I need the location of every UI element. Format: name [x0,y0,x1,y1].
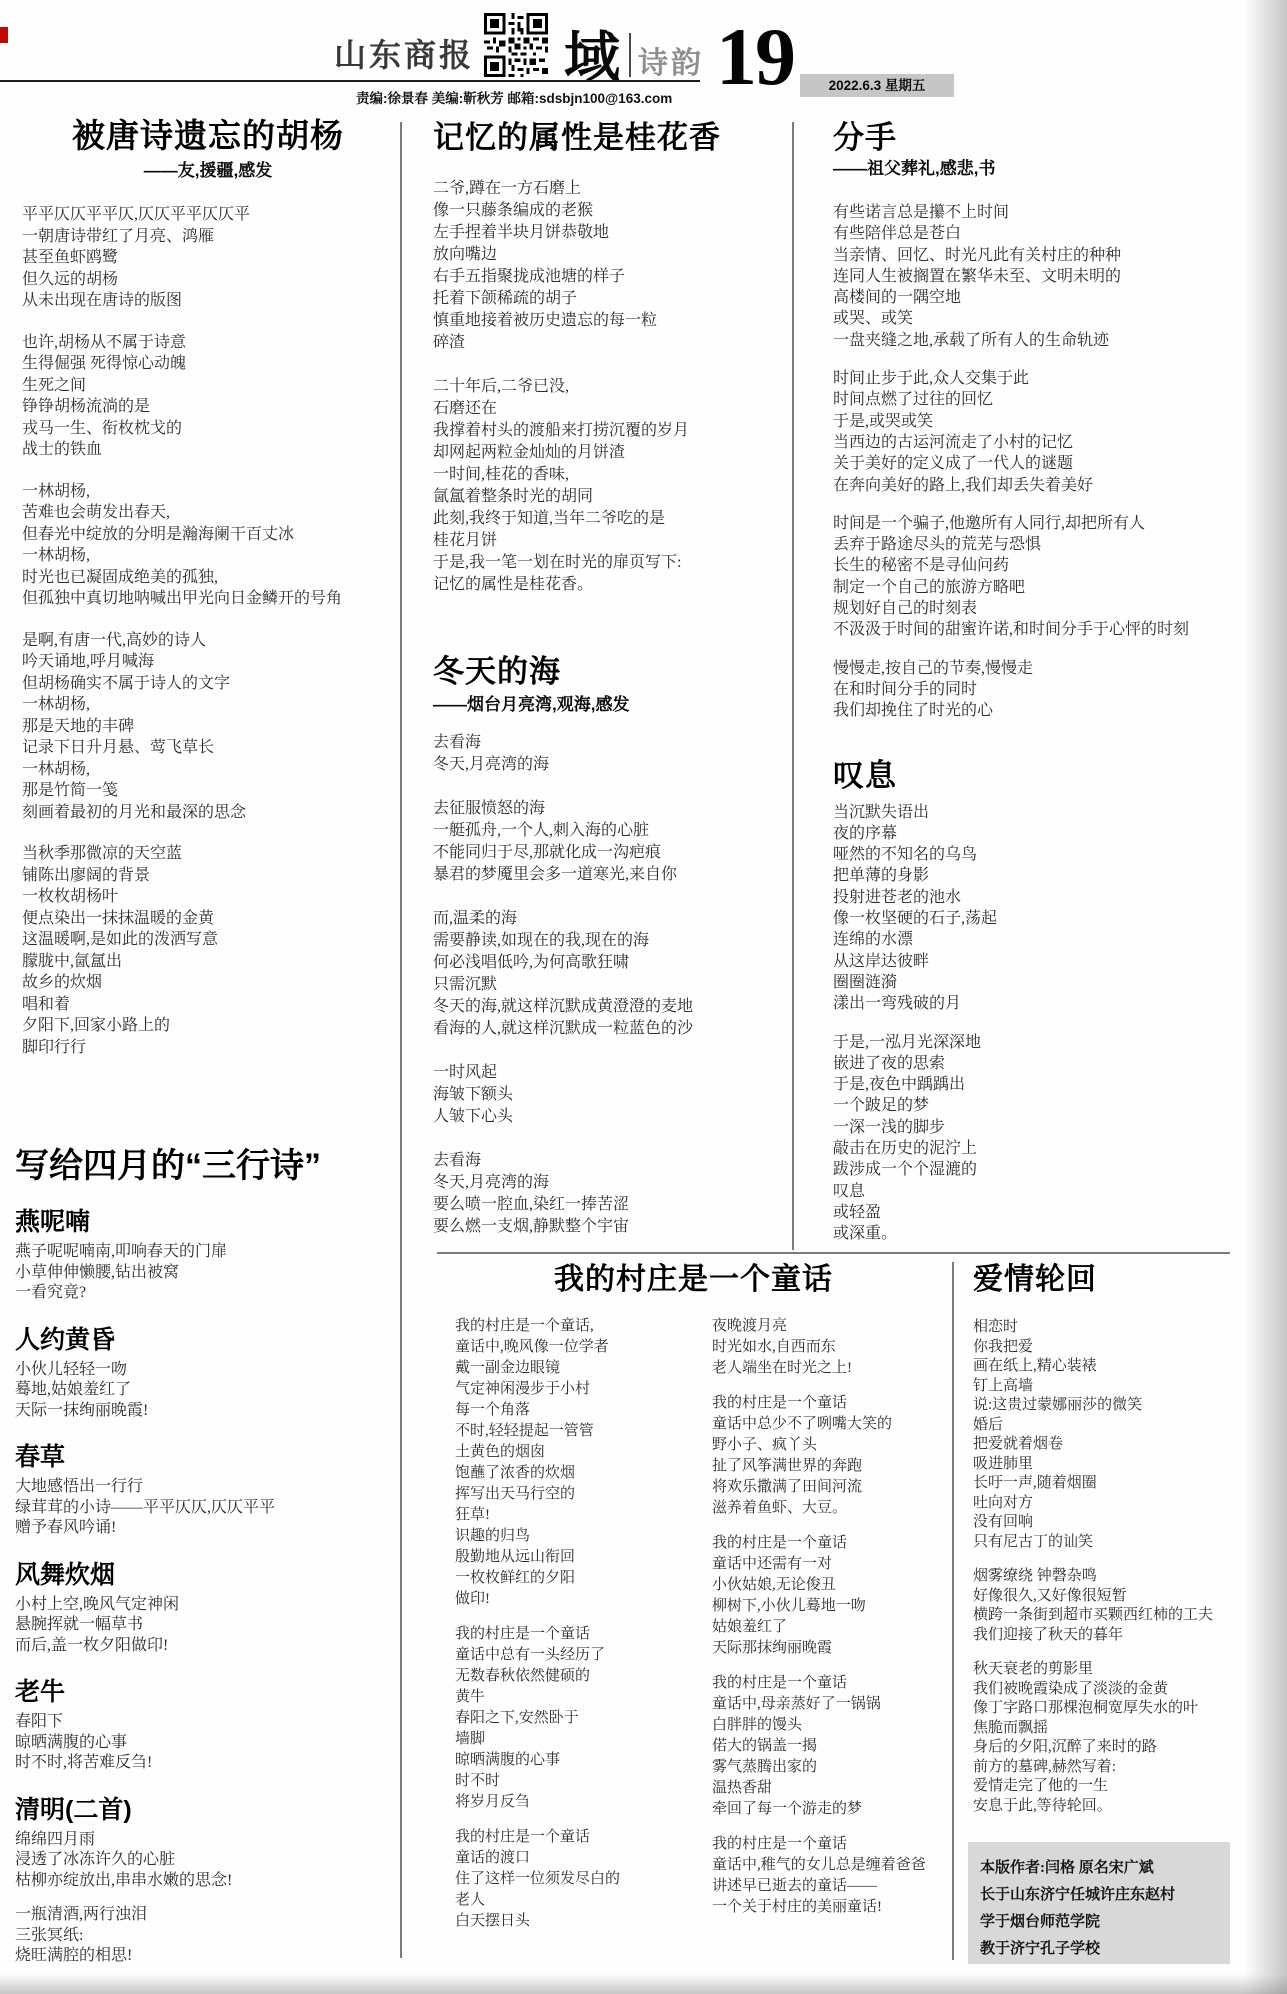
poem-line: 于是,夜色中踽踽出 [833,1074,1233,1095]
poem-breakup: 分手 ——祖父葬礼,感悲,书 有些诺言总是攥不上时间有些陪伴总是苍白当亲情、回忆… [833,120,1233,722]
poem-line: 不时,轻轻提起一管管 [455,1421,703,1442]
poem-line: 爱情走完了他的一生 [973,1777,1231,1797]
poem-line: 童话中,晚风像一位学者 [455,1337,703,1358]
poem-line: 做印! [455,1589,703,1610]
poem-line: 墙脚 [455,1729,703,1750]
poem-line: 右手五指聚拢成池塘的样子 [433,266,791,288]
poem-line: 把爱就着烟卷 [973,1435,1231,1455]
poem-line: 冬天,月亮湾的海 [433,1172,791,1194]
poem-line: 刻画着最初的月光和最深的思念 [22,802,394,824]
stanza: 我的村庄是一个童话童话中,母亲蒸好了一锅锅白胖胖的馒头偌大的锅盖一揭雾气蒸腾出家… [712,1673,950,1820]
poem-line: 秋天衰老的剪影里 [973,1660,1231,1680]
sub-poem-title: 清明(二首) [15,1796,393,1824]
poem-line: 一朝唐诗带红了月亮、鸿雁 [22,226,394,248]
poem-title: 叹息 [833,758,1233,794]
section-subtitle: 诗韵 [638,38,704,82]
poem-subtitle: ——友,援疆,感发 [22,160,394,182]
masthead: 山东商报 [334,30,474,76]
poem-line: 只需沉默 [433,974,791,996]
poem-line: 高楼间的一隅空地 [833,287,1233,308]
poem-line: 从未出现在唐诗的版图 [22,290,394,312]
poem-line: 吐向对方 [973,1494,1231,1514]
column-separator [952,1262,954,1960]
poem-line: 哑然的不知名的乌鸟 [833,844,1233,865]
poem-line: 桂花月饼 [433,530,791,552]
author-box: 本版作者:闫格 原名宋广斌长于山东济宁任城许庄东赵村学于烟台师范学院教于济宁孔子… [968,1842,1230,1964]
poem-line: 当亲情、回忆、时光凡此有关村庄的种种 [833,245,1233,266]
poem-line: 天际那抹绚丽晚霞 [712,1638,950,1659]
poem-line: 氤氲着整条时光的胡同 [433,486,791,508]
poem-huyang: 被唐诗遗忘的胡杨 ——友,援疆,感发 平平仄仄平平仄,仄仄平平仄仄平一朝唐诗带红… [22,116,394,1058]
poem-line: 长生的秘密不是寻仙问药 [833,555,1233,576]
poem-line: 住了这样一位须发尽白的 [455,1869,703,1890]
poem-line: 绵绵四月雨 [15,1830,393,1851]
poem-line: 这温暖啊,是如此的泼洒写意 [22,929,394,951]
poem-body: 有些诺言总是攥不上时间有些陪伴总是苍白当亲情、回忆、时光凡此有关村庄的种种连同人… [833,202,1233,722]
poem-line: 苦难也会萌发出春天, [22,502,394,524]
stanza: 时间是一个骗子,他邀所有人同行,却把所有人丢弃于路途尽头的荒芜与恐惧长生的秘密不… [833,513,1233,641]
column-1: 被唐诗遗忘的胡杨 ——友,援疆,感发 平平仄仄平平仄,仄仄平平仄仄平一朝唐诗带红… [22,116,394,1058]
poem-line: 偌大的锅盖一揭 [712,1736,950,1757]
poem-line: 便点染出一抹抹温暖的金黄 [22,908,394,930]
poem-line: 一枚枚胡杨叶 [22,886,394,908]
poem-line: 画在纸上,精心装裱 [973,1357,1231,1377]
poem-line: 也许,胡杨从不属于诗意 [22,332,394,354]
poem-line: 狂草! [455,1505,703,1526]
stanza: 夜晚渡月亮时光如水,自西而东老人端坐在时光之上! [712,1316,950,1379]
stanza: 慢慢走,按自己的节奏,慢慢走在和时间分手的同时我们却挽住了时光的心 [833,658,1233,722]
poem-line: 时间点燃了过往的回忆 [833,389,1233,410]
poem-line: 我的村庄是一个童话 [712,1834,950,1855]
poem-line: 蓦地,姑娘羞红了 [15,1380,393,1401]
poem-line: 唱和着 [22,994,394,1016]
poem-line: 雾气蒸腾出家的 [712,1757,950,1778]
qr-code-icon [484,13,548,82]
poem-line: 甚至鱼虾鸥鹭 [22,247,394,269]
poem-line: 我的村庄是一个童话 [712,1393,950,1414]
poem-line: 却网起两粒金灿灿的月饼渣 [433,442,791,464]
sub-poem-title: 老牛 [15,1678,393,1706]
poem-line: 晾晒满腹的心事 [455,1750,703,1771]
poem-line: 横跨一条街到超市买颗西红柿的工夫 [973,1606,1231,1626]
poem-line: 规划好自己的时刻表 [833,598,1233,619]
poem-memory: 记忆的属性是桂花香 二爷,蹲在一方石磨上像一只藤条编成的老猴左手捏着半块月饼恭敬… [433,120,791,596]
poem-line: 焦脆而飘摇 [973,1719,1231,1739]
poem-line: 我们却挽住了时光的心 [833,700,1233,721]
sub-poem: 老牛春阳下晾晒满腹的心事时不时,将苦难反刍! [15,1678,393,1774]
poem-line: 一深一浅的脚步 [833,1117,1233,1138]
section-divider [629,33,631,77]
poem-line: 石磨还在 [433,398,791,420]
poem-line: 童话中总少不了咧嘴大笑的 [712,1414,950,1435]
poem-line: 看海的人,就这样沉默成一粒蓝色的沙 [433,1018,791,1040]
poem-line: 不汲汲于时间的甜蜜许诺,和时间分手于心怦的时刻 [833,619,1233,640]
poem-line: 去看海 [433,1150,791,1172]
poem-line: 婚后 [973,1416,1231,1436]
stanza: 小伙儿轻轻一吻蓦地,姑娘羞红了天际一抹绚丽晚霞! [15,1360,393,1422]
poem-line: 一时间,桂花的香味, [433,464,791,486]
stanza: 二十年后,二爷已没,石磨还在我撑着村头的渡船来打捞沉覆的岁月却网起两粒金灿灿的月… [433,376,791,596]
village-panel-header: 我的村庄是一个童话 [437,1262,950,1298]
poem-line: 童话中,母亲蒸好了一锅锅 [712,1694,950,1715]
poem-title: 记忆的属性是桂花香 [433,120,791,156]
poem-line: 童话的渡口 [455,1848,703,1869]
poem-line: 从这岸达彼畔 [833,951,1233,972]
poem-line: 脚印行行 [22,1037,394,1059]
author-box-line: 本版作者:闫格 原名宋广斌 [980,1855,1220,1882]
poem-line: 扯了风筝满世界的奔跑 [712,1456,950,1477]
poem-line: 把单薄的身影 [833,865,1233,886]
stanza: 我的村庄是一个童话童话中还需有一对小伙姑娘,无论俊丑柳树下,小伙儿蓦地一吻姑娘羞… [712,1533,950,1659]
poem-line: 钉上高墙 [973,1377,1231,1397]
poem-line: 但春光中绽放的分明是瀚海阑干百丈冰 [22,524,394,546]
poem-line: 白胖胖的馒头 [712,1715,950,1736]
poem-line: 牵回了每一个游走的梦 [712,1799,950,1820]
poem-line: 当沉默失语出 [833,802,1233,823]
stanza: 绵绵四月雨浸透了冰冻许久的心脏枯柳亦绽放出,串串水嫩的思念! [15,1830,393,1892]
poem-line: 浸透了冰冻许久的心脏 [15,1850,393,1871]
poem-line: 丢弃于路途尽头的荒芜与恐惧 [833,534,1233,555]
red-edge-mark [0,27,8,43]
poem-line: 一林胡杨, [22,694,394,716]
poem-line: 烟雾缭绕 钟磬杂鸣 [973,1567,1231,1587]
page-edge-bottom [0,1974,1287,1994]
stanza: 去看海冬天,月亮湾的海要么喷一腔血,染红一捧苦涩要么燃一支烟,静默整个宇宙 [433,1150,791,1238]
poem-line: 去看海 [433,732,791,754]
poem-line: 一时风起 [433,1062,791,1084]
poem-line: 生得倔强 死得惊心动魄 [22,353,394,375]
poem-sigh: 叹息 当沉默失语出夜的序幕哑然的不知名的乌鸟把单薄的身影投射进苍老的池水像一枚坚… [833,758,1233,1245]
poem-line: 海皱下额头 [433,1084,791,1106]
poem-line: 那是竹简一笺 [22,780,394,802]
poem-line: 童话中还需有一对 [712,1554,950,1575]
poem-line: 你我把爱 [973,1338,1231,1358]
stanza: 烟雾缭绕 钟磬杂鸣好像很久,又好像很短暂横跨一条街到超市买颗西红柿的工夫我们迎接… [973,1567,1231,1645]
poem-line: 夕阳下,回家小路上的 [22,1015,394,1037]
poem-line: 戎马一生、衔枚枕戈的 [22,418,394,440]
sub-poem: 风舞炊烟小村上空,晚风气定神闲悬腕挥就一幅草书而后,盖一枚夕阳做印! [15,1561,393,1657]
poem-line: 每一个角落 [455,1400,703,1421]
poem-line: 左手捏着半块月饼恭敬地 [433,222,791,244]
section-title: 域 [564,14,620,94]
poem-line: 而,温柔的海 [433,908,791,930]
poem-line: 野小子、疯丫头 [712,1435,950,1456]
poem-line: 何必浅唱低吟,为何高歌狂啸 [433,952,791,974]
poem-line: 是啊,有唐一代,高妙的诗人 [22,630,394,652]
poem-line: 天际一抹绚丽晚霞! [15,1401,393,1422]
poem-line: 记忆的属性是桂花香。 [433,574,791,596]
poem-line: 姑娘羞红了 [712,1617,950,1638]
poem-line: 像一枚坚硬的石子,荡起 [833,908,1233,929]
stanza: 一时风起海皱下额头人皱下心头 [433,1062,791,1128]
sub-poem-title: 人约黄昏 [15,1326,393,1354]
stanza: 平平仄仄平平仄,仄仄平平仄仄平一朝唐诗带红了月亮、鸿雁甚至鱼虾鸥鹭但久远的胡杨从… [22,204,394,312]
poem-line: 当西边的古运河流走了小村的记忆 [833,432,1233,453]
poem-line: 小伙儿轻轻一吻 [15,1360,393,1381]
poem-line: 托着下颌稀疏的胡子 [433,288,791,310]
stanza: 我的村庄是一个童话童话中总少不了咧嘴大笑的野小子、疯丫头扯了风筝满世界的奔跑将欢… [712,1393,950,1519]
sub-poem: 春草大地感悟出一行行绿茸茸的小诗——平平仄仄,仄仄平平赠予春风吟诵! [15,1443,393,1539]
village-right-column: 夜晚渡月亮时光如水,自西而东老人端坐在时光之上!我的村庄是一个童话童话中总少不了… [712,1316,950,1918]
poem-line: 时光也已凝固成绝美的孤独, [22,567,394,589]
three-line-poems-group: 写给四月的“三行诗” 燕呢喃燕子呢呢喃南,叩响春天的门扉小草伸伸懒腰,钻出被窝一… [15,1146,393,1967]
poem-line: 一艇孤舟,一个人,刺入海的心脏 [433,820,791,842]
poem-line: 漾出一弯残破的月 [833,993,1233,1014]
poem-subtitle: ——烟台月亮湾,观海,感发 [433,694,791,716]
poem-line: 于是,一泓月光深深地 [833,1032,1233,1053]
poem-line: 关于美好的定义成了一代人的谜题 [833,453,1233,474]
poem-line: 安息于此,等待轮回。 [973,1797,1231,1817]
author-box-line: 学于烟台师范学院 [980,1909,1220,1936]
poem-line: 我的村庄是一个童话, [455,1316,703,1337]
stanza: 一林胡杨,苦难也会萌发出春天,但春光中绽放的分明是瀚海阑干百丈冰一林胡杨,时光也… [22,481,394,610]
poem-line: 像丁字路口那棵泡桐宽厚失水的叶 [973,1699,1231,1719]
poem-body: 去看海冬天,月亮湾的海去征服愤怒的海一艇孤舟,一个人,刺入海的心脏不能同归于尽,… [433,732,791,1238]
poem-line: 身后的夕阳,沉醉了来时的路 [973,1738,1231,1758]
page-edge-right [1245,0,1287,1994]
love-column: 爱情轮回 相恋时你我把爱画在纸上,精心装裱钉上高墙说:这贵过蒙娜丽莎的微笑婚后把… [973,1262,1231,1816]
poem-body: 二爷,蹲在一方石磨上像一只藤条编成的老猴左手捏着半块月饼恭敬地放向嘴边右手五指聚… [433,178,791,596]
stanza: 是啊,有唐一代,高妙的诗人吟天诵地,呼月喊海但胡杨确实不属于诗人的文字一林胡杨,… [22,630,394,824]
poem-line: 时光如水,自西而东 [712,1337,950,1358]
poem-line: 跋涉成一个个湿漉的 [833,1159,1233,1180]
poem-line: 慎重地接着被历史遗忘的每一粒 [433,310,791,332]
poem-wintersea: 冬天的海 ——烟台月亮湾,观海,感发 去看海冬天,月亮湾的海去征服愤怒的海一艇孤… [433,654,791,1238]
poem-line: 像一只藤条编成的老猴 [433,200,791,222]
stanza: 一瓶清酒,两行浊泪三张冥纸:烧旺满腔的相思! [15,1905,393,1967]
poem-line: 或轻盈 [833,1202,1233,1223]
poem-line: 人皱下心头 [433,1106,791,1128]
stanza: 相恋时你我把爱画在纸上,精心装裱钉上高墙说:这贵过蒙娜丽莎的微笑婚后把爱就着烟卷… [973,1318,1231,1552]
poem-line: 有些诺言总是攥不上时间 [833,202,1233,223]
poem-line: 气定神闲漫步于小村 [455,1379,703,1400]
poem-line: 讲述早已逝去的童话—— [712,1876,950,1897]
poem-line: 夜晚渡月亮 [712,1316,950,1337]
poem-title: 分手 [833,120,1233,156]
stanza: 于是,一泓月光深深地嵌进了夜的思索于是,夜色中踽踽出一个跛足的梦一深一浅的脚步敲… [833,1032,1233,1245]
sub-poem: 清明(二首)绵绵四月雨浸透了冰冻许久的心脏枯柳亦绽放出,串串水嫩的思念!一瓶清酒… [15,1796,393,1967]
stanza: 我的村庄是一个童话童话中,稚气的女儿总是缠着爸爸讲述早已逝去的童话——一个关于村… [712,1834,950,1918]
poem-line: 需要静读,如现在的我,现在的海 [433,930,791,952]
poem-line: 冬天的海,就这样沉默成黄澄澄的麦地 [433,996,791,1018]
poem-line: 柳树下,小伙儿蓦地一吻 [712,1596,950,1617]
poem-line: 没有回响 [973,1513,1231,1533]
poem-line: 时不时 [455,1771,703,1792]
newspaper-page: 山东商报 域 诗韵 19 2022.6.3 星期五 责编:徐景春 美编:靳秋芳 … [0,0,1287,1994]
page-number: 19 [716,16,794,98]
stanza: 去征服愤怒的海一艇孤舟,一个人,刺入海的心脏不能同归于尽,那就化成一沟疤痕暴君的… [433,798,791,886]
poem-line: 圈圈涟漪 [833,972,1233,993]
poem-line: 小草伸伸懒腰,钻出被窝 [15,1263,393,1284]
poem-line: 制定一个自己的旅游方略吧 [833,577,1233,598]
poem-line: 夜的序幕 [833,823,1233,844]
poem-line: 我撑着村头的渡船来打捞沉覆的岁月 [433,420,791,442]
poem-line: 我的村庄是一个童话 [712,1533,950,1554]
stanza: 春阳下晾晒满腹的心事时不时,将苦难反刍! [15,1712,393,1774]
poem-line: 吸进肺里 [973,1455,1231,1475]
sub-poem-title: 风舞炊烟 [15,1561,393,1589]
poem-line: 一个关于村庄的美丽童话! [712,1897,950,1918]
stanza: 当沉默失语出夜的序幕哑然的不知名的乌鸟把单薄的身影投射进苍老的池水像一枚坚硬的石… [833,802,1233,1015]
poem-title: 我的村庄是一个童话 [437,1262,950,1298]
poem-line: 温热香甜 [712,1778,950,1799]
poem-line: 一林胡杨, [22,481,394,503]
poem-body: 相恋时你我把爱画在纸上,精心装裱钉上高墙说:这贵过蒙娜丽莎的微笑婚后把爱就着烟卷… [973,1318,1231,1816]
column-3: 分手 ——祖父葬礼,感悲,书 有些诺言总是攥不上时间有些陪伴总是苍白当亲情、回忆… [833,120,1233,1244]
poem-line: 殷勤地从远山衔回 [455,1547,703,1568]
poem-line: 大地感悟出一行行 [15,1477,393,1498]
poem-line: 我的村庄是一个童话 [455,1827,703,1848]
stanza: 二爷,蹲在一方石磨上像一只藤条编成的老猴左手捏着半块月饼恭敬地放向嘴边右手五指聚… [433,178,791,354]
poem-line: 老人 [455,1890,703,1911]
poem-subtitle: ——祖父葬礼,感悲,书 [833,158,1233,180]
poem-line: 只有尼古丁的讪笑 [973,1533,1231,1553]
sub-poem: 燕呢喃燕子呢呢喃南,叩响春天的门扉小草伸伸懒腰,钻出被窝一看究竟? [15,1208,393,1304]
poem-line: 我们被晚霞染成了淡淡的金黄 [973,1680,1231,1700]
poem-line: 烧旺满腔的相思! [15,1946,393,1967]
poem-line: 在和时间分手的同时 [833,679,1233,700]
poem-line: 一瓶清酒,两行浊泪 [15,1905,393,1926]
poem-line: 或深重。 [833,1223,1233,1244]
poem-line: 好像很久,又好像很短暂 [973,1587,1231,1607]
stanza: 我的村庄是一个童话童话的渡口住了这样一位须发尽白的老人白天摆日头 [455,1827,703,1932]
poem-line: 长吁一声,随着烟圈 [973,1474,1231,1494]
stanza: 去看海冬天,月亮湾的海 [433,732,791,776]
date-badge: 2022.6.3 星期五 [800,74,954,97]
poem-body: 平平仄仄平平仄,仄仄平平仄仄平一朝唐诗带红了月亮、鸿雁甚至鱼虾鸥鹭但久远的胡杨从… [22,204,394,1058]
stanza: 大地感悟出一行行绿茸茸的小诗——平平仄仄,仄仄平平赠予春风吟诵! [15,1477,393,1539]
poem-line: 三张冥纸: [15,1926,393,1947]
poem-line: 春阳之下,安然卧于 [455,1708,703,1729]
poem-line: 平平仄仄平平仄,仄仄平平仄仄平 [22,204,394,226]
poem-line: 饱蘸了浓香的炊烟 [455,1463,703,1484]
poem-line: 枯柳亦绽放出,串串水嫩的思念! [15,1871,393,1892]
poem-line: 小伙姑娘,无论俊丑 [712,1575,950,1596]
stanza: 有些诺言总是攥不上时间有些陪伴总是苍白当亲情、回忆、时光凡此有关村庄的种种连同人… [833,202,1233,351]
poem-line: 一林胡杨, [22,545,394,567]
stanza: 也许,胡杨从不属于诗意生得倔强 死得惊心动魄生死之间铮铮胡杨流淌的是戎马一生、衔… [22,332,394,461]
column-separator [400,122,402,1958]
poem-line: 此刻,我终于知道,当年二爷吃的是 [433,508,791,530]
poem-line: 春阳下 [15,1712,393,1733]
poem-line: 滋养着鱼虾、大豆。 [712,1498,950,1519]
poem-line: 但孤独中真切地呐喊出甲光向日金鳞开的号角 [22,588,394,610]
poem-line: 时间止步于此,众人交集于此 [833,368,1233,389]
poem-line: 晾晒满腹的心事 [15,1733,393,1754]
poem-line: 二爷,蹲在一方石磨上 [433,178,791,200]
poem-line: 小村上空,晚风气定神闲 [15,1595,393,1616]
sub-poem-title: 春草 [15,1443,393,1471]
poem-line: 放向嘴边 [433,244,791,266]
poem-line: 铺陈出廖阔的背景 [22,865,394,887]
poem-line: 碎渣 [433,332,791,354]
poem-line: 要么喷一腔血,染红一捧苦涩 [433,1194,791,1216]
poem-line: 一林胡杨, [22,759,394,781]
poem-line: 连绵的水漂 [833,929,1233,950]
stanza: 当秋季那微凉的天空蓝铺陈出廖阔的背景一枚枚胡杨叶便点染出一抹抹温暖的金黄这温暖啊… [22,843,394,1058]
poem-line: 但久远的胡杨 [22,269,394,291]
poem-line: 在奔向美好的路上,我们却丢失着美好 [833,475,1233,496]
poem-line: 挥写出天马行空的 [455,1484,703,1505]
poem-line: 暴君的梦魇里会多一道寒光,来自你 [433,864,791,886]
poem-line: 铮铮胡杨流淌的是 [22,396,394,418]
poem-line: 慢慢走,按自己的节奏,慢慢走 [833,658,1233,679]
group-body: 燕呢喃燕子呢呢喃南,叩响春天的门扉小草伸伸懒腰,钻出被窝一看究竟?人约黄昏小伙儿… [15,1208,393,1967]
sub-poem: 人约黄昏小伙儿轻轻一吻蓦地,姑娘羞红了天际一抹绚丽晚霞! [15,1326,393,1422]
poem-line: 无数春秋依然健硕的 [455,1666,703,1687]
poem-line: 黄牛 [455,1687,703,1708]
poem-line: 绿茸茸的小诗——平平仄仄,仄仄平平 [15,1498,393,1519]
sub-poem-title: 燕呢喃 [15,1208,393,1236]
poem-line: 我的村庄是一个童话 [455,1624,703,1645]
poem-line: 战士的铁血 [22,439,394,461]
column-2: 记忆的属性是桂花香 二爷,蹲在一方石磨上像一只藤条编成的老猴左手捏着半块月饼恭敬… [433,120,791,1238]
poem-line: 朦胧中,氤氲出 [22,951,394,973]
poem-line: 时间是一个骗子,他邀所有人同行,却把所有人 [833,513,1233,534]
poem-body: 当沉默失语出夜的序幕哑然的不知名的乌鸟把单薄的身影投射进苍老的池水像一枚坚硬的石… [833,802,1233,1245]
poem-line: 故乡的炊烟 [22,972,394,994]
poem-line: 一看究竟? [15,1283,393,1304]
poem-line: 一盘夹缝之地,承载了所有人的生命轨迹 [833,330,1233,351]
poem-line: 燕子呢呢喃南,叩响春天的门扉 [15,1242,393,1263]
stanza: 时间止步于此,众人交集于此时间点燃了过往的回忆于是,或哭或笑当西边的古运河流走了… [833,368,1233,496]
section-divider-rule [437,1252,1230,1254]
poem-line: 赠予春风吟诵! [15,1518,393,1539]
poem-line: 说:这贵过蒙娜丽莎的微笑 [973,1396,1231,1416]
poem-title: 爱情轮回 [973,1262,1231,1298]
poem-line: 我们迎接了秋天的暮年 [973,1626,1231,1646]
author-box-line: 长于山东济宁任城许庄东赵村 [980,1882,1220,1909]
poem-line: 记录下日升月悬、莺飞草长 [22,737,394,759]
header-rule [0,80,700,82]
poem-line: 悬腕挥就一幅草书 [15,1615,393,1636]
poem-line: 而后,盖一枚夕阳做印! [15,1636,393,1657]
poem-line: 相恋时 [973,1318,1231,1338]
poem-line: 叹息 [833,1181,1233,1202]
poem-line: 二十年后,二爷已没, [433,376,791,398]
poem-title: 被唐诗遗忘的胡杨 [22,116,394,156]
group-title: 写给四月的“三行诗” [15,1146,393,1186]
poem-line: 前方的墓碑,赫然写着: [973,1758,1231,1778]
poem-line: 戴一副金边眼镜 [455,1358,703,1379]
stanza: 我的村庄是一个童话,童话中,晚风像一位学者戴一副金边眼镜气定神闲漫步于小村每一个… [455,1316,703,1610]
poem-line: 土黄色的烟囱 [455,1442,703,1463]
poem-line: 或哭、或笑 [833,308,1233,329]
poem-line: 时不时,将苦难反刍! [15,1753,393,1774]
poem-line: 要么燃一支烟,静默整个宇宙 [433,1216,791,1238]
poem-line: 冬天,月亮湾的海 [433,754,791,776]
poem-line: 不能同归于尽,那就化成一沟疤痕 [433,842,791,864]
poem-line: 我的村庄是一个童话 [712,1673,950,1694]
poem-line: 童话中,稚气的女儿总是缠着爸爸 [712,1855,950,1876]
poem-line: 投射进苍老的池水 [833,887,1233,908]
poem-line: 去征服愤怒的海 [433,798,791,820]
poem-line: 当秋季那微凉的天空蓝 [22,843,394,865]
stanza: 燕子呢呢喃南,叩响春天的门扉小草伸伸懒腰,钻出被窝一看究竟? [15,1242,393,1304]
village-left-column: 我的村庄是一个童话,童话中,晚风像一位学者戴一副金边眼镜气定神闲漫步于小村每一个… [455,1316,703,1932]
stanza: 我的村庄是一个童话童话中总有一头经历了无数春秋依然健硕的黄牛春阳之下,安然卧于墙… [455,1624,703,1813]
poem-line: 将欢乐撒满了田间河流 [712,1477,950,1498]
stanza: 小村上空,晚风气定神闲悬腕挥就一幅草书而后,盖一枚夕阳做印! [15,1595,393,1657]
poem-line: 识趣的归鸟 [455,1526,703,1547]
poem-line: 嵌进了夜的思索 [833,1053,1233,1074]
poem-line: 那是天地的丰碑 [22,716,394,738]
poem-line: 将岁月反刍 [455,1792,703,1813]
poem-title: 冬天的海 [433,654,791,690]
poem-line: 于是,我一笔一划在时光的扉页写下: [433,552,791,574]
poem-line: 一枚枚鲜红的夕阳 [455,1568,703,1589]
poem-line: 但胡杨确实不属于诗人的文字 [22,673,394,695]
